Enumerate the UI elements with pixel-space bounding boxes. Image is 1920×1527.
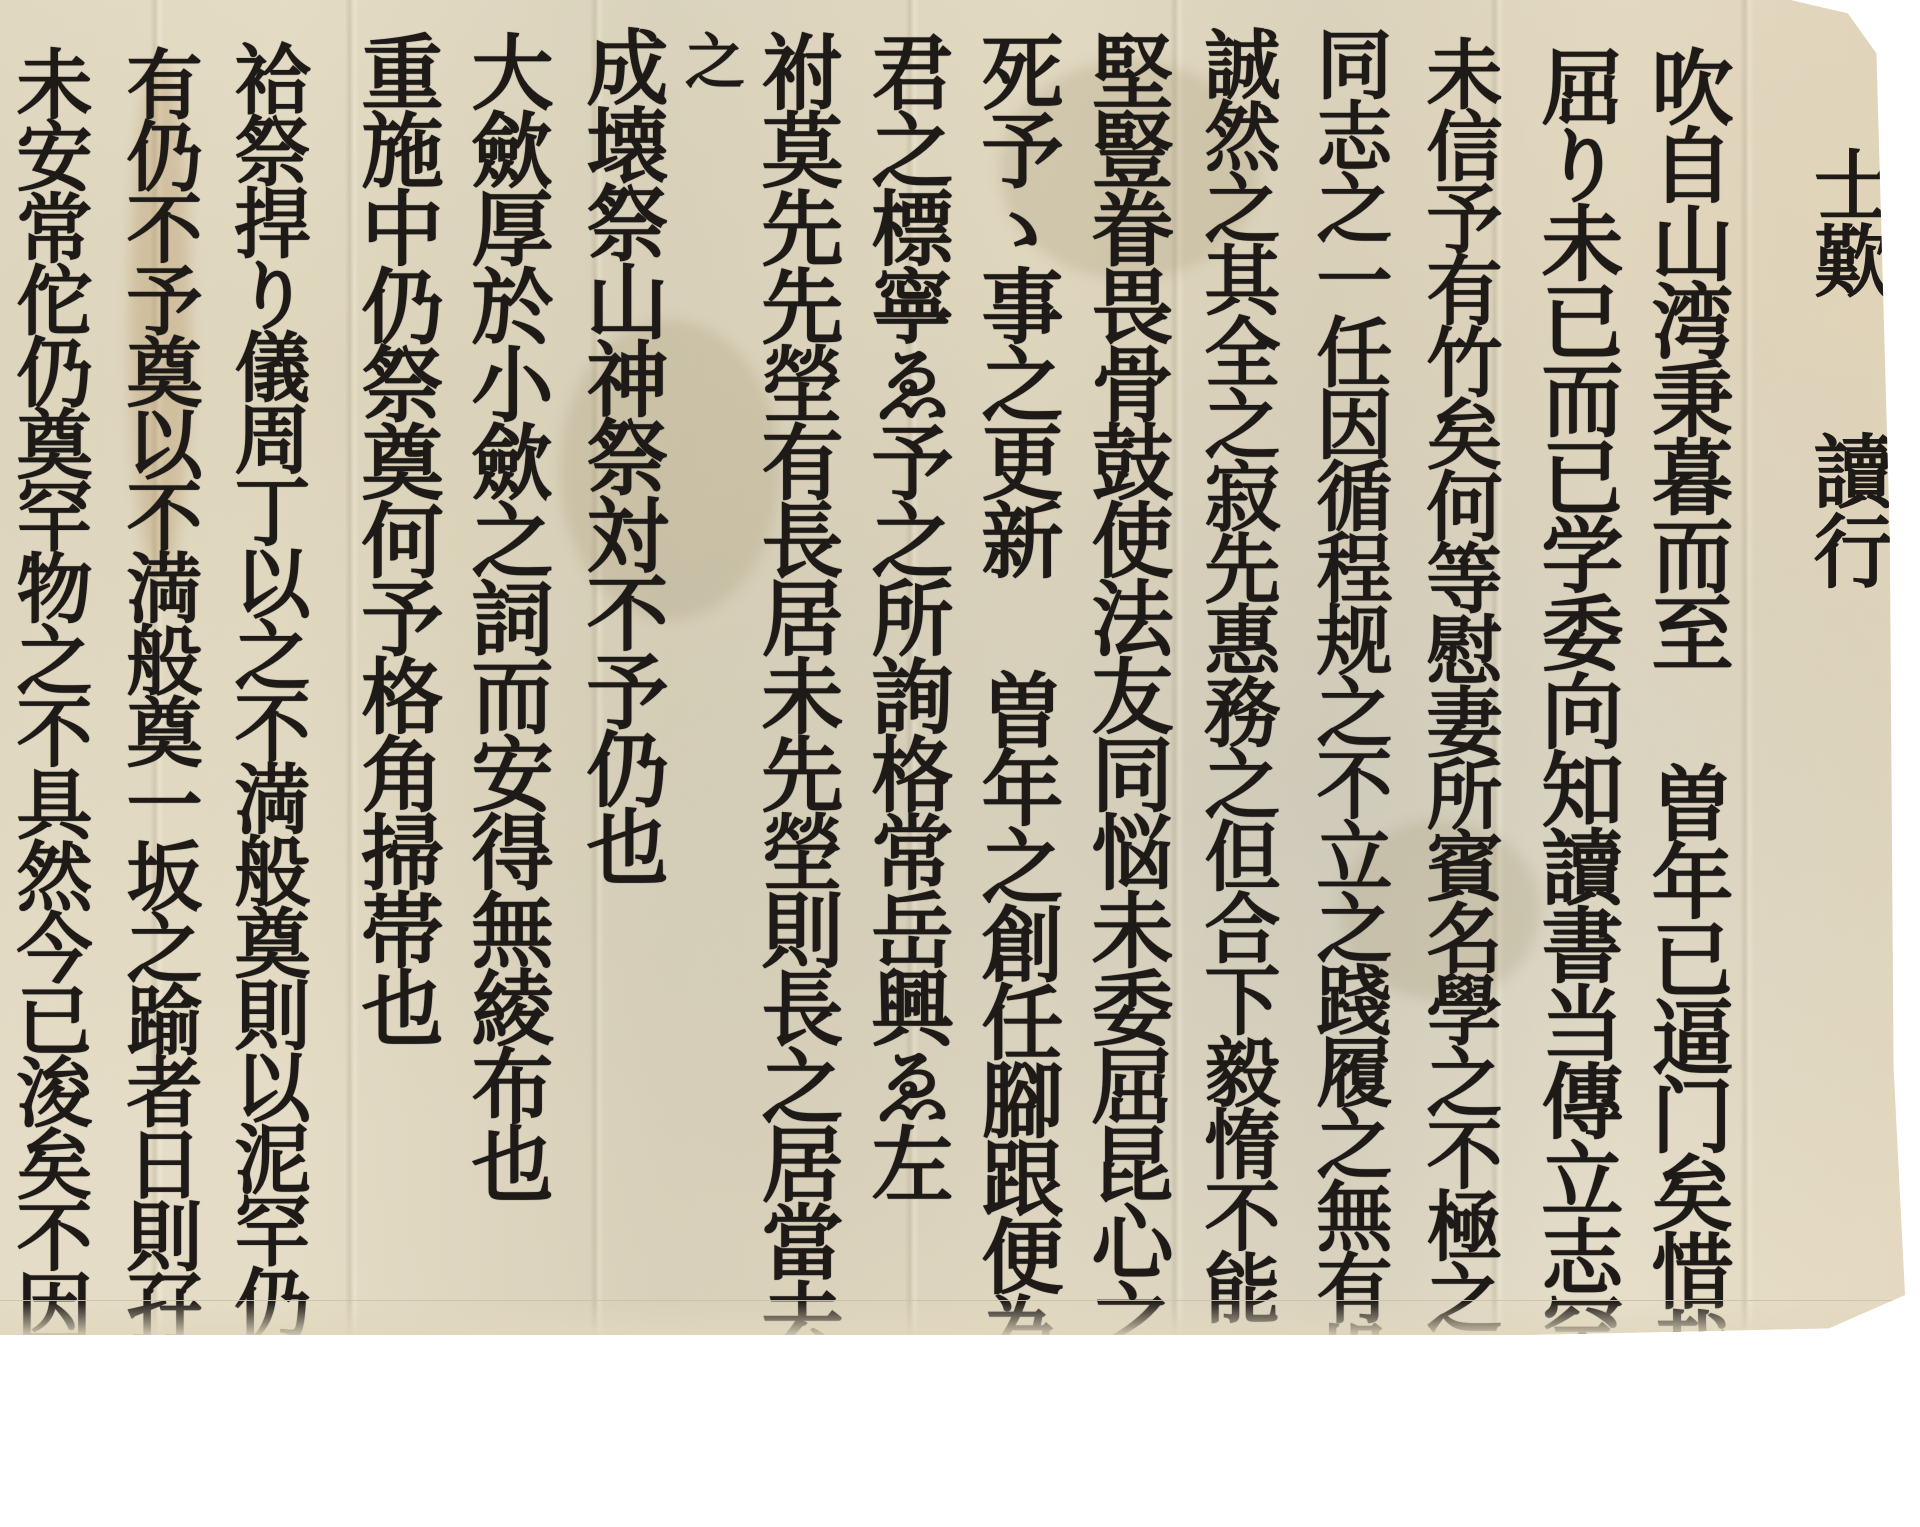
text-column: 成壊祭山神祭対不予仍也 xyxy=(580,25,662,883)
text-column: 堅豎眷畏骨鼓使法友同悩未委屈昆心之 xyxy=(1085,30,1167,1351)
text-column: 吹自山湾秉暮而至 曽年已逼门矣惜哉 xyxy=(1645,45,1727,1351)
text-column: 大歛厚於小歛之詞而安得無綾布也 xyxy=(465,30,547,1200)
text-column: 屈り未已而已学委向知讀書当傳立志罕篤一 xyxy=(1535,45,1617,1351)
text-column: 死予ゝ事之更新 曽年之創任腳跟便為法 xyxy=(975,30,1057,1351)
header-title: 士歎 xyxy=(1790,145,1902,297)
text-column: 未信予有竹矣何等慰妻所賓名學之不極之 xyxy=(1420,35,1496,1331)
text-column: 同志之一任因循程规之不立之踐履之無有操保 xyxy=(1310,25,1386,1351)
text-column: 誠然之其全之寂先惠務之但合下毅惰不能 xyxy=(1198,25,1274,1321)
text-column: 之 xyxy=(680,30,740,86)
header-subtitle: 讀行 xyxy=(1790,430,1905,590)
paper-bottom-edge xyxy=(0,1300,1905,1335)
text-column: 祔莫先先塋有長居未先塋則長之居當去 xyxy=(755,30,837,1351)
manuscript-page: 士歎 讀行 吹自山湾秉暮而至 曽年已逼门矣惜哉 屈り未已而已学委向知讀書当傳立志… xyxy=(0,0,1905,1335)
paper-fold xyxy=(1740,0,1754,1335)
text-column: 重施中仍祭奠何予格角掃帯也 xyxy=(355,30,437,1044)
text-column: 袷祭捍り儀周丁以之不満般奠則以泥罕仍之 xyxy=(228,40,304,1351)
text-column: 未安常佗仍奠罕物之不具然今已浚矣不因矣 xyxy=(10,45,86,1351)
text-column: 有仍不予奠以不満般奠一坂之踰者日則孖为 xyxy=(120,45,196,1351)
text-column: 君之標寧ゑ予之所詢格常岳興ゑ左 xyxy=(865,30,947,1200)
